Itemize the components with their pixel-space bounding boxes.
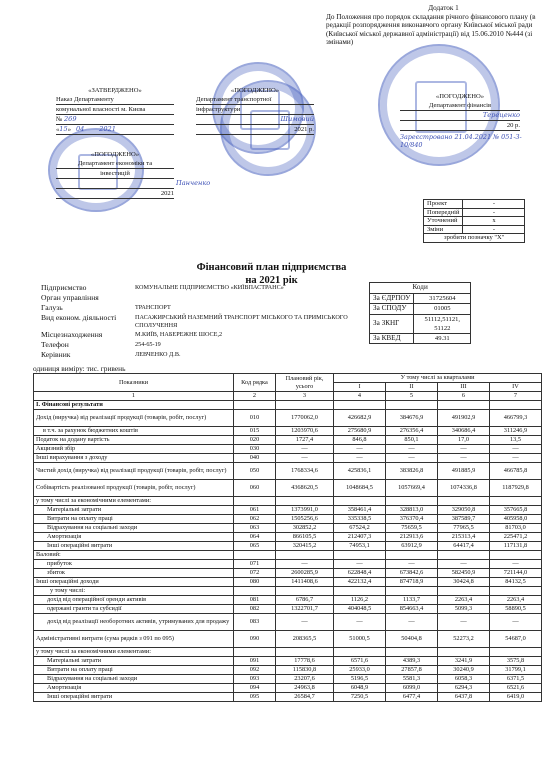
row-quarter-value: [438, 401, 490, 410]
row-indicator: дохід від операційної оренди активів: [34, 596, 234, 605]
row-quarter-value: 1126,2: [334, 596, 386, 605]
row-indicator: Дохід (виручка) від реалізації продукції…: [34, 410, 234, 427]
info-value: ТРАНСПОРТ: [135, 303, 375, 313]
row-quarter-value: —: [490, 454, 542, 463]
status-value: -: [463, 200, 525, 209]
row-total: —: [276, 614, 334, 631]
row-code: 040: [234, 454, 276, 463]
row-code: 062: [234, 515, 276, 524]
row-total: 302852,2: [276, 524, 334, 533]
table-row: Відрахування на соціальні заходи09323207…: [34, 675, 542, 684]
row-code: 064: [234, 533, 276, 542]
row-quarter-value: 5196,5: [334, 675, 386, 684]
row-indicator: Амортизація: [34, 533, 234, 542]
code-value: 01005: [414, 304, 471, 315]
row-quarter-value: 51000,5: [334, 631, 386, 648]
row-quarter-value: 117131,8: [490, 542, 542, 551]
row-total: 320415,2: [276, 542, 334, 551]
header-column-number: 5: [386, 392, 438, 401]
row-total: 208365,5: [276, 631, 334, 648]
info-row: Телефон254-65-19: [41, 340, 375, 350]
header-code: Код рядка: [234, 374, 276, 392]
row-total: 6786,7: [276, 596, 334, 605]
info-label: Керівник: [41, 350, 135, 360]
row-indicator: Відрахування на соціальні заходи: [34, 524, 234, 533]
table-row: Витрати на оплату праці092115830,825933,…: [34, 666, 542, 675]
row-quarter-value: 30424,8: [438, 578, 490, 587]
row-quarter-value: 2263,4: [490, 596, 542, 605]
approval-heading: «ЗАТВЕРДЖЕНО»: [56, 86, 174, 95]
table-row: дохід від операційної оренди активів0816…: [34, 596, 542, 605]
approval-block-transport: «ПОГОДЖЕНО» Департамент транспортної інф…: [196, 86, 314, 135]
row-indicator: Амортизація: [34, 684, 234, 693]
row-quarter-value: 466785,8: [490, 463, 542, 480]
row-code: [234, 587, 276, 596]
row-quarter-value: [438, 551, 490, 560]
row-code: 091: [234, 657, 276, 666]
row-quarter-value: [386, 401, 438, 410]
table-row: дохід від реалізації необоротних активів…: [34, 614, 542, 631]
row-quarter-value: 74953,1: [334, 542, 386, 551]
row-quarter-value: 340686,4: [438, 427, 490, 436]
row-quarter-value: [334, 497, 386, 506]
row-quarter-value: 81703,0: [490, 524, 542, 533]
row-quarter-value: 52273,2: [438, 631, 490, 648]
status-note: зробити позначку "Х": [424, 234, 525, 243]
status-label: Зміни: [424, 225, 463, 234]
row-quarter-value: 31799,1: [490, 666, 542, 675]
header-quarters: У тому числі за кварталами: [334, 374, 542, 383]
row-indicator: Інші вирахування з доходу: [34, 454, 234, 463]
codes-table: КодиЗа ЄДРПОУ31725604За СПОДУ01005За ЗКН…: [369, 282, 471, 344]
info-row: ПідприємствоКОМУНАЛЬНЕ ПІДПРИЄМСТВО «КИЇ…: [41, 283, 375, 293]
row-quarter-value: 2263,4: [438, 596, 490, 605]
row-quarter-value: —: [490, 445, 542, 454]
row-quarter-value: [334, 401, 386, 410]
status-value: x: [463, 217, 525, 226]
code-row: За СПОДУ01005: [370, 304, 471, 315]
info-value: М.КИЇВ, НАБЕРЕЖНЕ ШОСЕ,2: [135, 330, 375, 340]
row-code: 010: [234, 410, 276, 427]
row-quarter-value: 6294,3: [438, 684, 490, 693]
row-quarter-value: 328813,0: [386, 506, 438, 515]
row-indicator: Валовий:: [34, 551, 234, 560]
table-row: Матеріальні затрати0611373991,0358461,43…: [34, 506, 542, 515]
header-column-number: 1: [34, 392, 234, 401]
annex-title: Додаток 1: [326, 4, 541, 13]
table-row: одержані гранти та субсидії0821322701,74…: [34, 605, 542, 614]
status-value: -: [463, 225, 525, 234]
row-quarter-value: —: [334, 454, 386, 463]
row-quarter-value: 84132,5: [490, 578, 542, 587]
row-indicator: Витрати на оплату праці: [34, 666, 234, 675]
row-quarter-value: 3241,9: [438, 657, 490, 666]
row-quarter-value: [438, 648, 490, 657]
header-quarter: I: [334, 383, 386, 392]
header-plan: Плановий рік, усього: [276, 374, 334, 392]
row-code: 090: [234, 631, 276, 648]
row-code: 063: [234, 524, 276, 533]
info-label: Підприємство: [41, 283, 135, 293]
row-code: 080: [234, 578, 276, 587]
approval-line: інфраструктури: [196, 105, 314, 115]
row-total: 4368620,5: [276, 480, 334, 497]
approval-line: Департамент фінансів: [400, 101, 520, 111]
row-code: [234, 551, 276, 560]
approval-signature: Тереценко: [400, 111, 520, 121]
info-value: ПАСАЖИРСЬКИЙ НАЗЕМНИЙ ТРАНСПОРТ МІСЬКОГО…: [135, 313, 375, 330]
row-total: 1411408,6: [276, 578, 334, 587]
row-quarter-value: 58890,5: [490, 605, 542, 614]
table-row: Відрахування на соціальні заходи06330285…: [34, 524, 542, 533]
row-indicator: у тому числі за економічними елементами:: [34, 648, 234, 657]
approval-date: 2021: [56, 189, 174, 199]
info-label: Місцезнаходження: [41, 330, 135, 340]
info-value: 254-65-19: [135, 340, 375, 350]
row-quarter-value: [334, 551, 386, 560]
row-quarter-value: 335338,5: [334, 515, 386, 524]
row-quarter-value: —: [438, 560, 490, 569]
row-indicator: Чистий дохід (виручка) від реалізації пр…: [34, 463, 234, 480]
approval-line: Департамент економіки та: [56, 159, 174, 169]
row-quarter-value: —: [334, 614, 386, 631]
row-quarter-value: 6058,3: [438, 675, 490, 684]
row-quarter-value: 27857,8: [386, 666, 438, 675]
table-row: у тому числі:: [34, 587, 542, 596]
row-total: 1768334,6: [276, 463, 334, 480]
info-value: КОМУНАЛЬНЕ ПІДПРИЄМСТВО «КИЇВПАСТРАНС»: [135, 283, 375, 293]
row-indicator: Собівартість реалізованої продукції (тов…: [34, 480, 234, 497]
row-indicator: прибуток: [34, 560, 234, 569]
row-code: 095: [234, 693, 276, 702]
header-column-number: 7: [490, 392, 542, 401]
info-label: Вид економ. діяльності: [41, 313, 135, 330]
info-label: Галузь: [41, 303, 135, 313]
row-quarter-value: [490, 648, 542, 657]
row-indicator: у тому числі:: [34, 587, 234, 596]
code-row: За ЗКНГ51112,51121, 51122: [370, 314, 471, 333]
enterprise-info: ПідприємствоКОМУНАЛЬНЕ ПІДПРИЄМСТВО «КИЇ…: [41, 283, 375, 360]
row-quarter-value: 6437,8: [438, 693, 490, 702]
code-label: За ЄДРПОУ: [370, 293, 414, 304]
row-total: —: [276, 454, 334, 463]
row-indicator: Акцизний збір: [34, 445, 234, 454]
table-row: Дохід (виручка) від реалізації продукції…: [34, 410, 542, 427]
row-code: 092: [234, 666, 276, 675]
table-row: Інші операційні витрати09526584,77250,56…: [34, 693, 542, 702]
row-quarter-value: 6419,0: [490, 693, 542, 702]
approval-date: 20 р.: [400, 121, 520, 131]
row-quarter-value: [490, 497, 542, 506]
status-row: Уточненийx: [424, 217, 525, 226]
row-code: 015: [234, 427, 276, 436]
header-quarter: III: [438, 383, 490, 392]
approval-date: 2021 р.: [196, 125, 314, 135]
row-quarter-value: 404048,5: [334, 605, 386, 614]
approval-heading: «ПОГОДЖЕНО»: [400, 92, 520, 101]
plan-status-table: Проект-Попередній-УточненийxЗміни-зробит…: [423, 199, 525, 243]
row-code: 061: [234, 506, 276, 515]
header-column-number: 6: [438, 392, 490, 401]
table-row: збиток0722600285,9622848,4673842,6582450…: [34, 569, 542, 578]
header-column-number: 2: [234, 392, 276, 401]
row-indicator: Інші операційні витрати: [34, 542, 234, 551]
approval-heading: «ПОГОДЖЕНО»: [56, 150, 174, 159]
row-total: 866105,5: [276, 533, 334, 542]
row-quarter-value: 6099,0: [386, 684, 438, 693]
row-quarter-value: 7250,5: [334, 693, 386, 702]
row-indicator: Інші операційні доходи: [34, 578, 234, 587]
table-row: Амортизація064866105,5212407,3212913,621…: [34, 533, 542, 542]
row-quarter-value: 4389,3: [386, 657, 438, 666]
table-row: Адміністративні витрати (сума рядків з 0…: [34, 631, 542, 648]
row-quarter-value: 25933,0: [334, 666, 386, 675]
row-total: 115830,8: [276, 666, 334, 675]
row-code: 083: [234, 614, 276, 631]
code-row: За КВЕД49.31: [370, 333, 471, 344]
row-quarter-value: [386, 648, 438, 657]
row-indicator: Відрахування на соціальні заходи: [34, 675, 234, 684]
row-quarter-value: 850,1: [386, 436, 438, 445]
row-quarter-value: 1133,7: [386, 596, 438, 605]
row-quarter-value: —: [386, 454, 438, 463]
table-row: Собівартість реалізованої продукції (тов…: [34, 480, 542, 497]
row-total: 24963,8: [276, 684, 334, 693]
table-row: I. Фінансові результати: [34, 401, 542, 410]
row-quarter-value: 64417,4: [438, 542, 490, 551]
registration-note: Зареєстровано 21.04.2021 № 051-3-10/840: [400, 133, 525, 149]
row-total: [276, 401, 334, 410]
approval-line: Департамент транспортної: [196, 95, 314, 105]
row-quarter-value: —: [334, 560, 386, 569]
code-label: За СПОДУ: [370, 304, 414, 315]
row-quarter-value: 387589,7: [438, 515, 490, 524]
row-indicator: збиток: [34, 569, 234, 578]
annex-text: До Положення про порядок складання річно…: [326, 13, 541, 47]
status-note-row: зробити позначку "Х": [424, 234, 525, 243]
row-quarter-value: 1048684,5: [334, 480, 386, 497]
table-row: Інші операційні доходи0801411408,6422132…: [34, 578, 542, 587]
row-total: —: [276, 560, 334, 569]
row-code: [234, 648, 276, 657]
row-quarter-value: 846,8: [334, 436, 386, 445]
table-row: Матеріальні затрати09117778,66571,64389,…: [34, 657, 542, 666]
row-quarter-value: 5581,3: [386, 675, 438, 684]
row-indicator: Податок на додану вартість: [34, 436, 234, 445]
code-value: 31725604: [414, 293, 471, 304]
row-code: 072: [234, 569, 276, 578]
codes-header: Коди: [370, 283, 471, 294]
status-row: Проект-: [424, 200, 525, 209]
row-quarter-value: 582450,9: [438, 569, 490, 578]
row-quarter-value: 215313,4: [438, 533, 490, 542]
row-quarter-value: 67524,2: [334, 524, 386, 533]
row-total: 1727,4: [276, 436, 334, 445]
row-quarter-value: 311246,9: [490, 427, 542, 436]
header-quarter: IV: [490, 383, 542, 392]
approval-number: № 269: [56, 115, 174, 125]
approval-signature: Панченко: [56, 179, 174, 189]
table-row: Амортизація09424963,86048,96099,06294,36…: [34, 684, 542, 693]
approval-block-finance: «ПОГОДЖЕНО» Департамент фінансів Терецен…: [400, 92, 520, 149]
table-row: Податок на додану вартість0201727,4846,8…: [34, 436, 542, 445]
row-quarter-value: 30240,9: [438, 666, 490, 675]
row-quarter-value: [334, 648, 386, 657]
row-quarter-value: 874718,9: [386, 578, 438, 587]
row-quarter-value: 77965,5: [438, 524, 490, 533]
code-label: За ЗКНГ: [370, 314, 414, 333]
approval-line: інвестицій: [56, 169, 174, 179]
row-quarter-value: 54687,0: [490, 631, 542, 648]
approval-line: Наказ Департаменту: [56, 95, 174, 105]
row-code: 071: [234, 560, 276, 569]
info-value: [135, 293, 375, 303]
row-quarter-value: 383826,8: [386, 463, 438, 480]
annex-note: Додаток 1 До Положення про порядок склад…: [326, 4, 541, 47]
row-total: [276, 648, 334, 657]
row-quarter-value: 63912,9: [386, 542, 438, 551]
row-total: 1373991,0: [276, 506, 334, 515]
row-quarter-value: [334, 587, 386, 596]
row-quarter-value: 854663,4: [386, 605, 438, 614]
approval-block-economy: «ПОГОДЖЕНО» Департамент економіки та інв…: [56, 150, 174, 199]
row-indicator: Інші операційні витрати: [34, 693, 234, 702]
table-row: Валовий:: [34, 551, 542, 560]
info-row: ГалузьТРАНСПОРТ: [41, 303, 375, 313]
row-quarter-value: 6521,6: [490, 684, 542, 693]
row-code: 094: [234, 684, 276, 693]
row-quarter-value: 1187929,8: [490, 480, 542, 497]
row-quarter-value: 673842,6: [386, 569, 438, 578]
row-quarter-value: —: [386, 614, 438, 631]
info-row: КерівникЛЕВЧЕНКО Д.В.: [41, 350, 375, 360]
row-quarter-value: —: [490, 614, 542, 631]
row-total: 1770062,0: [276, 410, 334, 427]
row-quarter-value: —: [490, 560, 542, 569]
row-quarter-value: 376370,4: [386, 515, 438, 524]
table-row: Витрати на оплату праці0621505256,633533…: [34, 515, 542, 524]
table-row: Інші вирахування з доходу040—————: [34, 454, 542, 463]
row-total: 2600285,9: [276, 569, 334, 578]
row-quarter-value: —: [334, 445, 386, 454]
row-indicator: Матеріальні затрати: [34, 657, 234, 666]
row-total: [276, 551, 334, 560]
row-code: [234, 497, 276, 506]
approval-signature: Шимовий: [196, 115, 314, 125]
row-quarter-value: 422132,4: [334, 578, 386, 587]
row-quarter-value: 622848,4: [334, 569, 386, 578]
row-quarter-value: [438, 587, 490, 596]
status-row: Попередній-: [424, 208, 525, 217]
approval-heading: «ПОГОДЖЕНО»: [196, 86, 314, 95]
code-row: За ЄДРПОУ31725604: [370, 293, 471, 304]
row-total: [276, 587, 334, 596]
row-quarter-value: 6477,4: [386, 693, 438, 702]
row-quarter-value: 17,0: [438, 436, 490, 445]
info-value: ЛЕВЧЕНКО Д.В.: [135, 350, 375, 360]
row-quarter-value: 405958,0: [490, 515, 542, 524]
row-quarter-value: —: [438, 454, 490, 463]
row-quarter-value: 3575,8: [490, 657, 542, 666]
info-row: Вид економ. діяльностіПАСАЖИРСЬКИЙ НАЗЕМ…: [41, 313, 375, 330]
row-quarter-value: 426682,9: [334, 410, 386, 427]
row-indicator: Матеріальні затрати: [34, 506, 234, 515]
approval-date: «15» 04 2021: [56, 125, 174, 135]
row-quarter-value: 491885,9: [438, 463, 490, 480]
row-quarter-value: [386, 551, 438, 560]
table-row: прибуток071—————: [34, 560, 542, 569]
row-quarter-value: 6571,6: [334, 657, 386, 666]
row-quarter-value: 1057669,4: [386, 480, 438, 497]
row-code: 093: [234, 675, 276, 684]
row-quarter-value: 466799,3: [490, 410, 542, 427]
row-total: [276, 497, 334, 506]
row-quarter-value: 6048,9: [334, 684, 386, 693]
row-quarter-value: 329050,8: [438, 506, 490, 515]
approval-block-approved: «ЗАТВЕРДЖЕНО» Наказ Департаменту комунал…: [56, 86, 174, 135]
row-code: 020: [234, 436, 276, 445]
unit-label: одиниця виміру: тис. гривень: [33, 364, 125, 373]
table-row: в т.ч. за рахунок бюджетних коштів015120…: [34, 427, 542, 436]
table-row: у тому числі за економічними елементами:: [34, 497, 542, 506]
row-code: 082: [234, 605, 276, 614]
row-quarter-value: 212913,6: [386, 533, 438, 542]
status-value: -: [463, 208, 525, 217]
row-code: [234, 401, 276, 410]
code-value: 49.31: [414, 333, 471, 344]
info-label: Телефон: [41, 340, 135, 350]
info-row: Орган управління: [41, 293, 375, 303]
code-label: За КВЕД: [370, 333, 414, 344]
row-total: 17778,6: [276, 657, 334, 666]
row-quarter-value: 357665,8: [490, 506, 542, 515]
table-row: у тому числі за економічними елементами:: [34, 648, 542, 657]
row-quarter-value: 384676,9: [386, 410, 438, 427]
table-row: Інші операційні витрати065320415,274953,…: [34, 542, 542, 551]
status-label: Уточнений: [424, 217, 463, 226]
row-total: 1203970,6: [276, 427, 334, 436]
table-row: Акцизний збір030—————: [34, 445, 542, 454]
row-quarter-value: 721144,0: [490, 569, 542, 578]
row-total: 26584,7: [276, 693, 334, 702]
info-row: МісцезнаходженняМ.КИЇВ, НАБЕРЕЖНЕ ШОСЕ,2: [41, 330, 375, 340]
row-total: —: [276, 445, 334, 454]
codes-header-row: Коди: [370, 283, 471, 294]
row-quarter-value: 358461,4: [334, 506, 386, 515]
row-indicator: дохід від реалізації необоротних активів…: [34, 614, 234, 631]
row-quarter-value: 5099,3: [438, 605, 490, 614]
info-label: Орган управління: [41, 293, 135, 303]
header-quarter: II: [386, 383, 438, 392]
code-value: 51112,51121, 51122: [414, 314, 471, 333]
row-quarter-value: 276356,4: [386, 427, 438, 436]
row-quarter-value: 491902,9: [438, 410, 490, 427]
row-code: 030: [234, 445, 276, 454]
row-total: 23207,6: [276, 675, 334, 684]
row-indicator: I. Фінансові результати: [34, 401, 234, 410]
title-line: Фінансовий план підприємства: [0, 261, 543, 274]
row-quarter-value: [490, 551, 542, 560]
row-code: 050: [234, 463, 276, 480]
row-quarter-value: 212407,3: [334, 533, 386, 542]
table-row: Чистий дохід (виручка) від реалізації пр…: [34, 463, 542, 480]
financial-plan-table: Показники Код рядка Плановий рік, усього…: [33, 373, 542, 702]
row-quarter-value: 50404,8: [386, 631, 438, 648]
row-quarter-value: [490, 401, 542, 410]
row-code: 065: [234, 542, 276, 551]
row-quarter-value: —: [438, 614, 490, 631]
row-quarter-value: [386, 587, 438, 596]
